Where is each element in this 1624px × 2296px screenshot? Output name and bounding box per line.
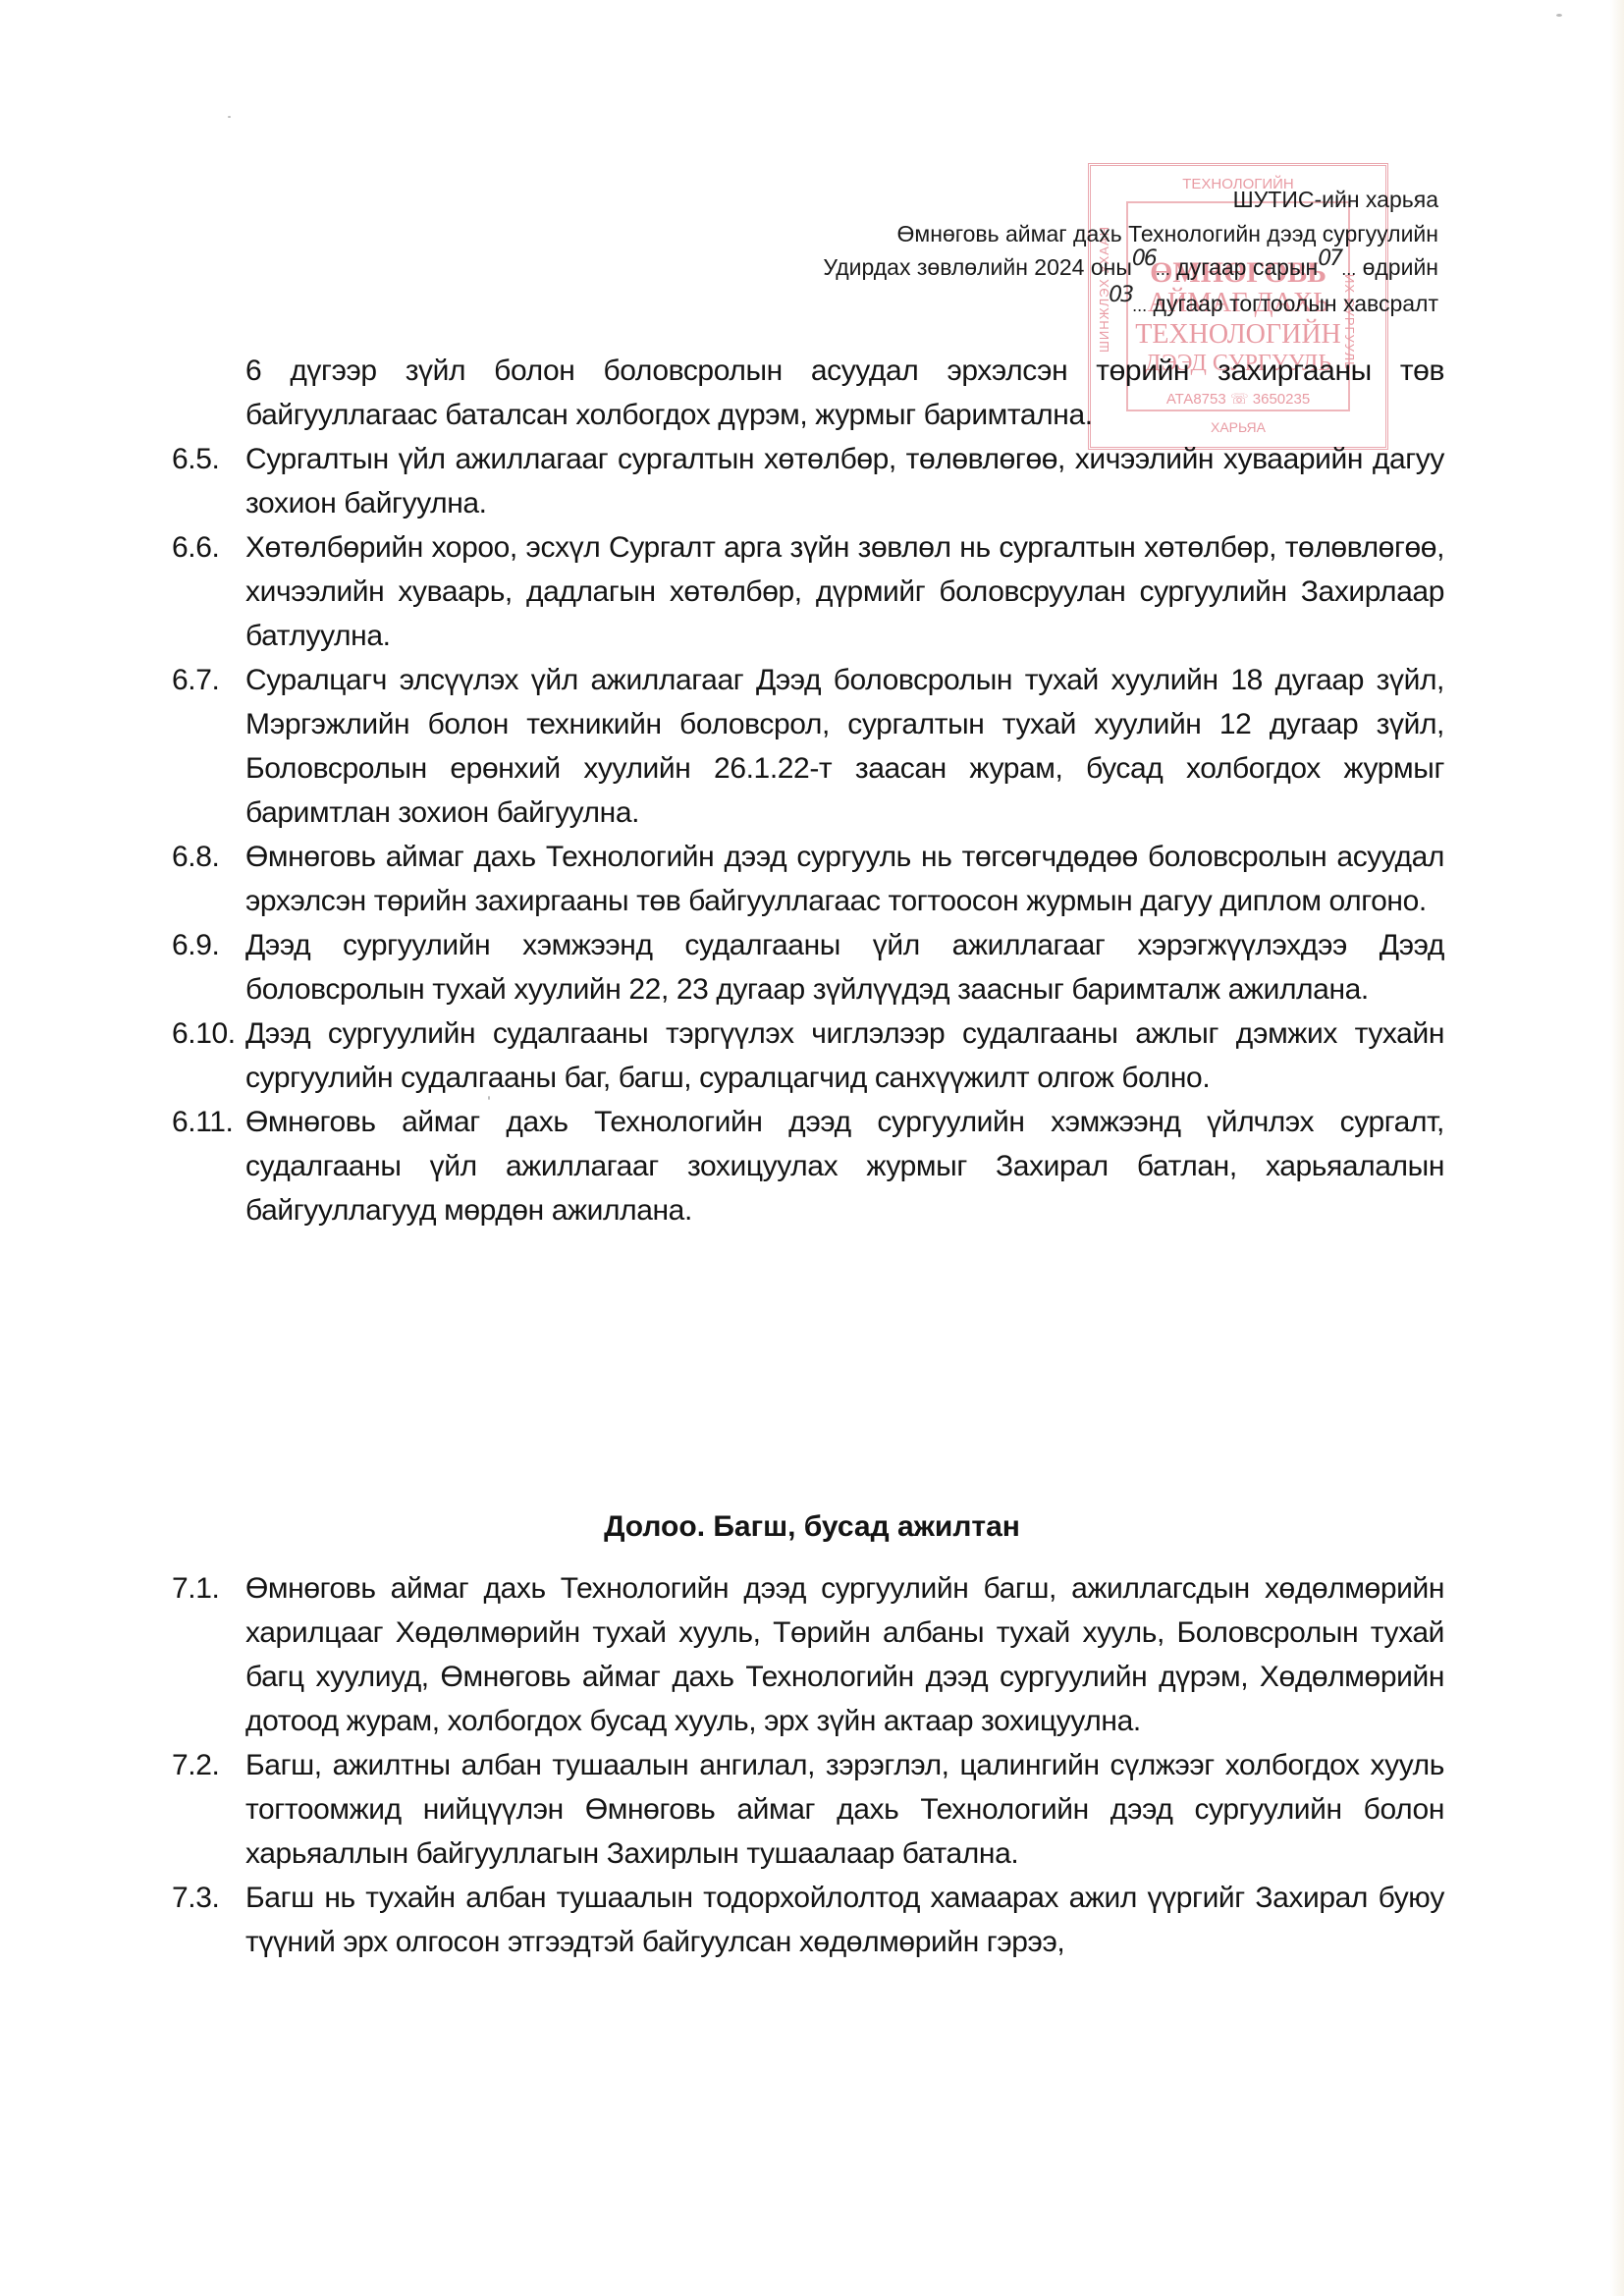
header-resolution-label: дугаар тогтоолын хавсралт	[1154, 291, 1438, 316]
paragraph-number: 6.6.	[172, 525, 219, 570]
paragraph-text: Дээд сургуулийн судалгааны тэргүүлэх чиг…	[245, 1017, 1444, 1094]
paragraph-6-4-continuation: 6 дүгээр зүйл болон боловсролын асуудал …	[172, 349, 1444, 437]
paragraph-number: 6.5.	[172, 437, 219, 481]
dots: ...	[1132, 296, 1147, 315]
paragraph-number: 7.3.	[172, 1876, 219, 1920]
paragraph-text: Сургалтын үйл ажиллагааг сургалтын хөтөл…	[245, 443, 1444, 519]
header-line-2: Өмнөговь аймаг дахь Технологийн дээд сур…	[823, 217, 1438, 251]
paragraph-text: Өмнөговь аймаг дахь Технологийн дээд сур…	[245, 1106, 1444, 1227]
paragraph-text: Өмнөговь аймаг дахь Технологийн дээд сур…	[245, 1572, 1444, 1737]
appendix-header: ШУТИС-ийн харьяа Өмнөговь аймаг дахь Тех…	[823, 183, 1438, 322]
header-day-label: өдрийн	[1363, 254, 1438, 280]
stamp-line4: ТЕХНОЛОГИЙН	[1091, 319, 1385, 351]
paragraph-text: Хөтөлбөрийн хороо, эсхүл Сургалт арга зү…	[245, 531, 1444, 652]
paragraph-6-6: 6.6. Хөтөлбөрийн хороо, эсхүл Сургалт ар…	[172, 525, 1444, 658]
scan-speck	[1556, 14, 1562, 17]
paragraph-6-5: 6.5. Сургалтын үйл ажиллагааг сургалтын …	[172, 437, 1444, 525]
paragraph-7-3: 7.3. Багш нь тухайн албан тушаалын тодор…	[172, 1876, 1444, 1964]
paragraph-number: 6.7.	[172, 658, 219, 702]
paragraph-text: Багш нь тухайн албан тушаалын тодорхойло…	[245, 1882, 1444, 1958]
paragraph-number: 7.1.	[172, 1566, 219, 1611]
handwritten-resolution-number: 03	[1109, 283, 1132, 307]
paragraph-number: 6.11.	[172, 1100, 234, 1144]
section-7-body: 7.1. Өмнөговь аймаг дахь Технологийн дээ…	[172, 1566, 1444, 1964]
paragraph-6-7: 6.7. Суралцагч элсүүлэх үйл ажиллагааг Д…	[172, 658, 1444, 835]
paragraph-number: 7.2.	[172, 1743, 219, 1787]
paragraph-6-8: 6.8. Өмнөговь аймаг дахь Технологийн дээ…	[172, 835, 1444, 923]
paragraph-7-2: 7.2. Багш, ажилтны албан тушаалын ангила…	[172, 1743, 1444, 1876]
header-line-3: Удирдах зөвлөлийн 2024 оны06... дугаар с…	[823, 250, 1438, 287]
handwritten-month: 06	[1132, 246, 1156, 271]
paragraph-7-1: 7.1. Өмнөговь аймаг дахь Технологийн дээ…	[172, 1566, 1444, 1743]
header-line-1: ШУТИС-ийн харьяа	[823, 183, 1438, 217]
dots: ...	[1341, 259, 1356, 279]
dots: ...	[1156, 259, 1170, 279]
paragraph-text: Өмнөговь аймаг дахь Технологийн дээд сур…	[245, 841, 1444, 917]
paragraph-number: 6.8.	[172, 835, 219, 879]
header-month-label: дугаар сарын	[1176, 254, 1318, 280]
header-line-4: 03... дугаар тогтоолын хавсралт	[823, 287, 1438, 323]
paragraph-text: Дээд сургуулийн хэмжээнд судалгааны үйл …	[245, 929, 1444, 1006]
section-6-body: 6 дүгээр зүйл болон боловсролын асуудал …	[172, 349, 1444, 1232]
section-7-heading: Долоо. Багш, бусад ажилтан	[0, 1510, 1624, 1544]
paragraph-number: 6.9.	[172, 923, 219, 967]
header-resolution-prefix: Удирдах зөвлөлийн 2024 оны	[823, 254, 1131, 280]
scan-page-edge	[1610, 0, 1624, 2296]
paragraph-6-10: 6.10. Дээд сургуулийн судалгааны тэргүүл…	[172, 1011, 1444, 1100]
paragraph-6-11: 6.11. Өмнөговь аймаг дахь Технологийн дэ…	[172, 1100, 1444, 1232]
paragraph-text: Багш, ажилтны албан тушаалын ангилал, зэ…	[245, 1749, 1444, 1870]
paragraph-text: Суралцагч элсүүлэх үйл ажиллагааг Дээд б…	[245, 664, 1444, 829]
scan-speck	[228, 116, 231, 118]
paragraph-number: 6.10.	[172, 1011, 236, 1056]
handwritten-day: 07	[1318, 246, 1341, 271]
paragraph-6-9: 6.9. Дээд сургуулийн хэмжээнд судалгааны…	[172, 923, 1444, 1011]
